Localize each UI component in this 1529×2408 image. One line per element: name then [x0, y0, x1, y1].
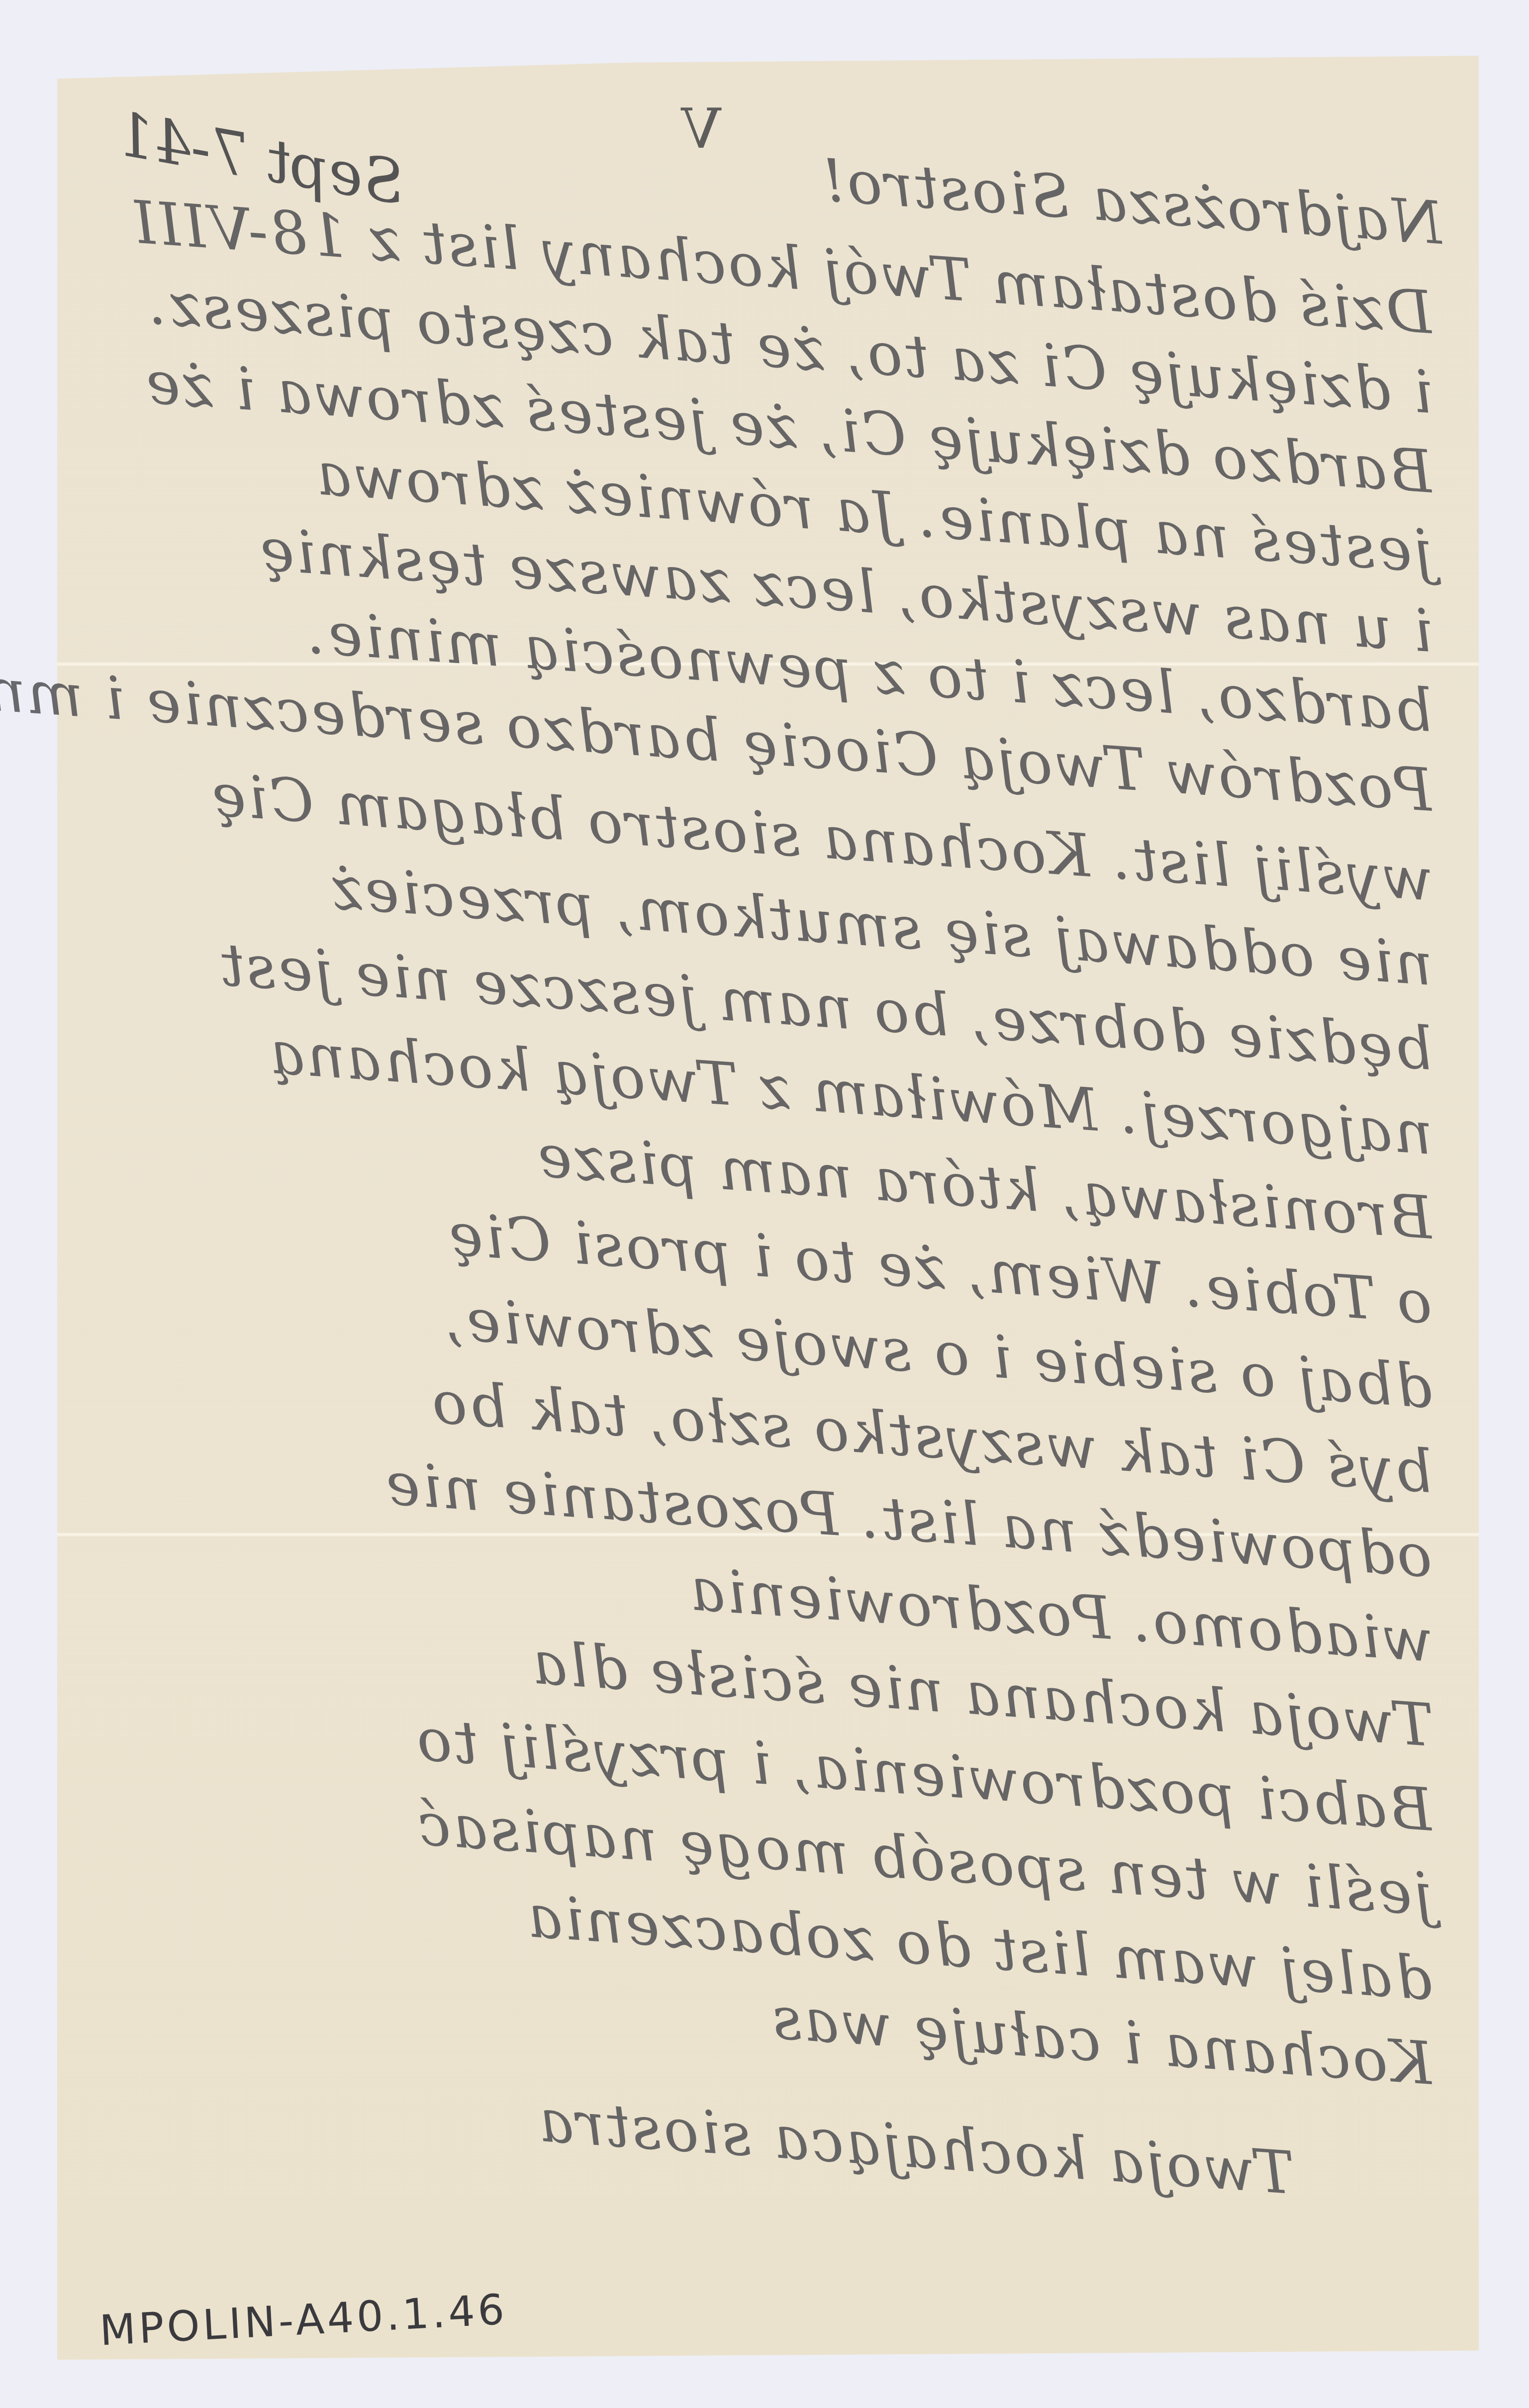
corner-mark: V: [681, 97, 721, 161]
